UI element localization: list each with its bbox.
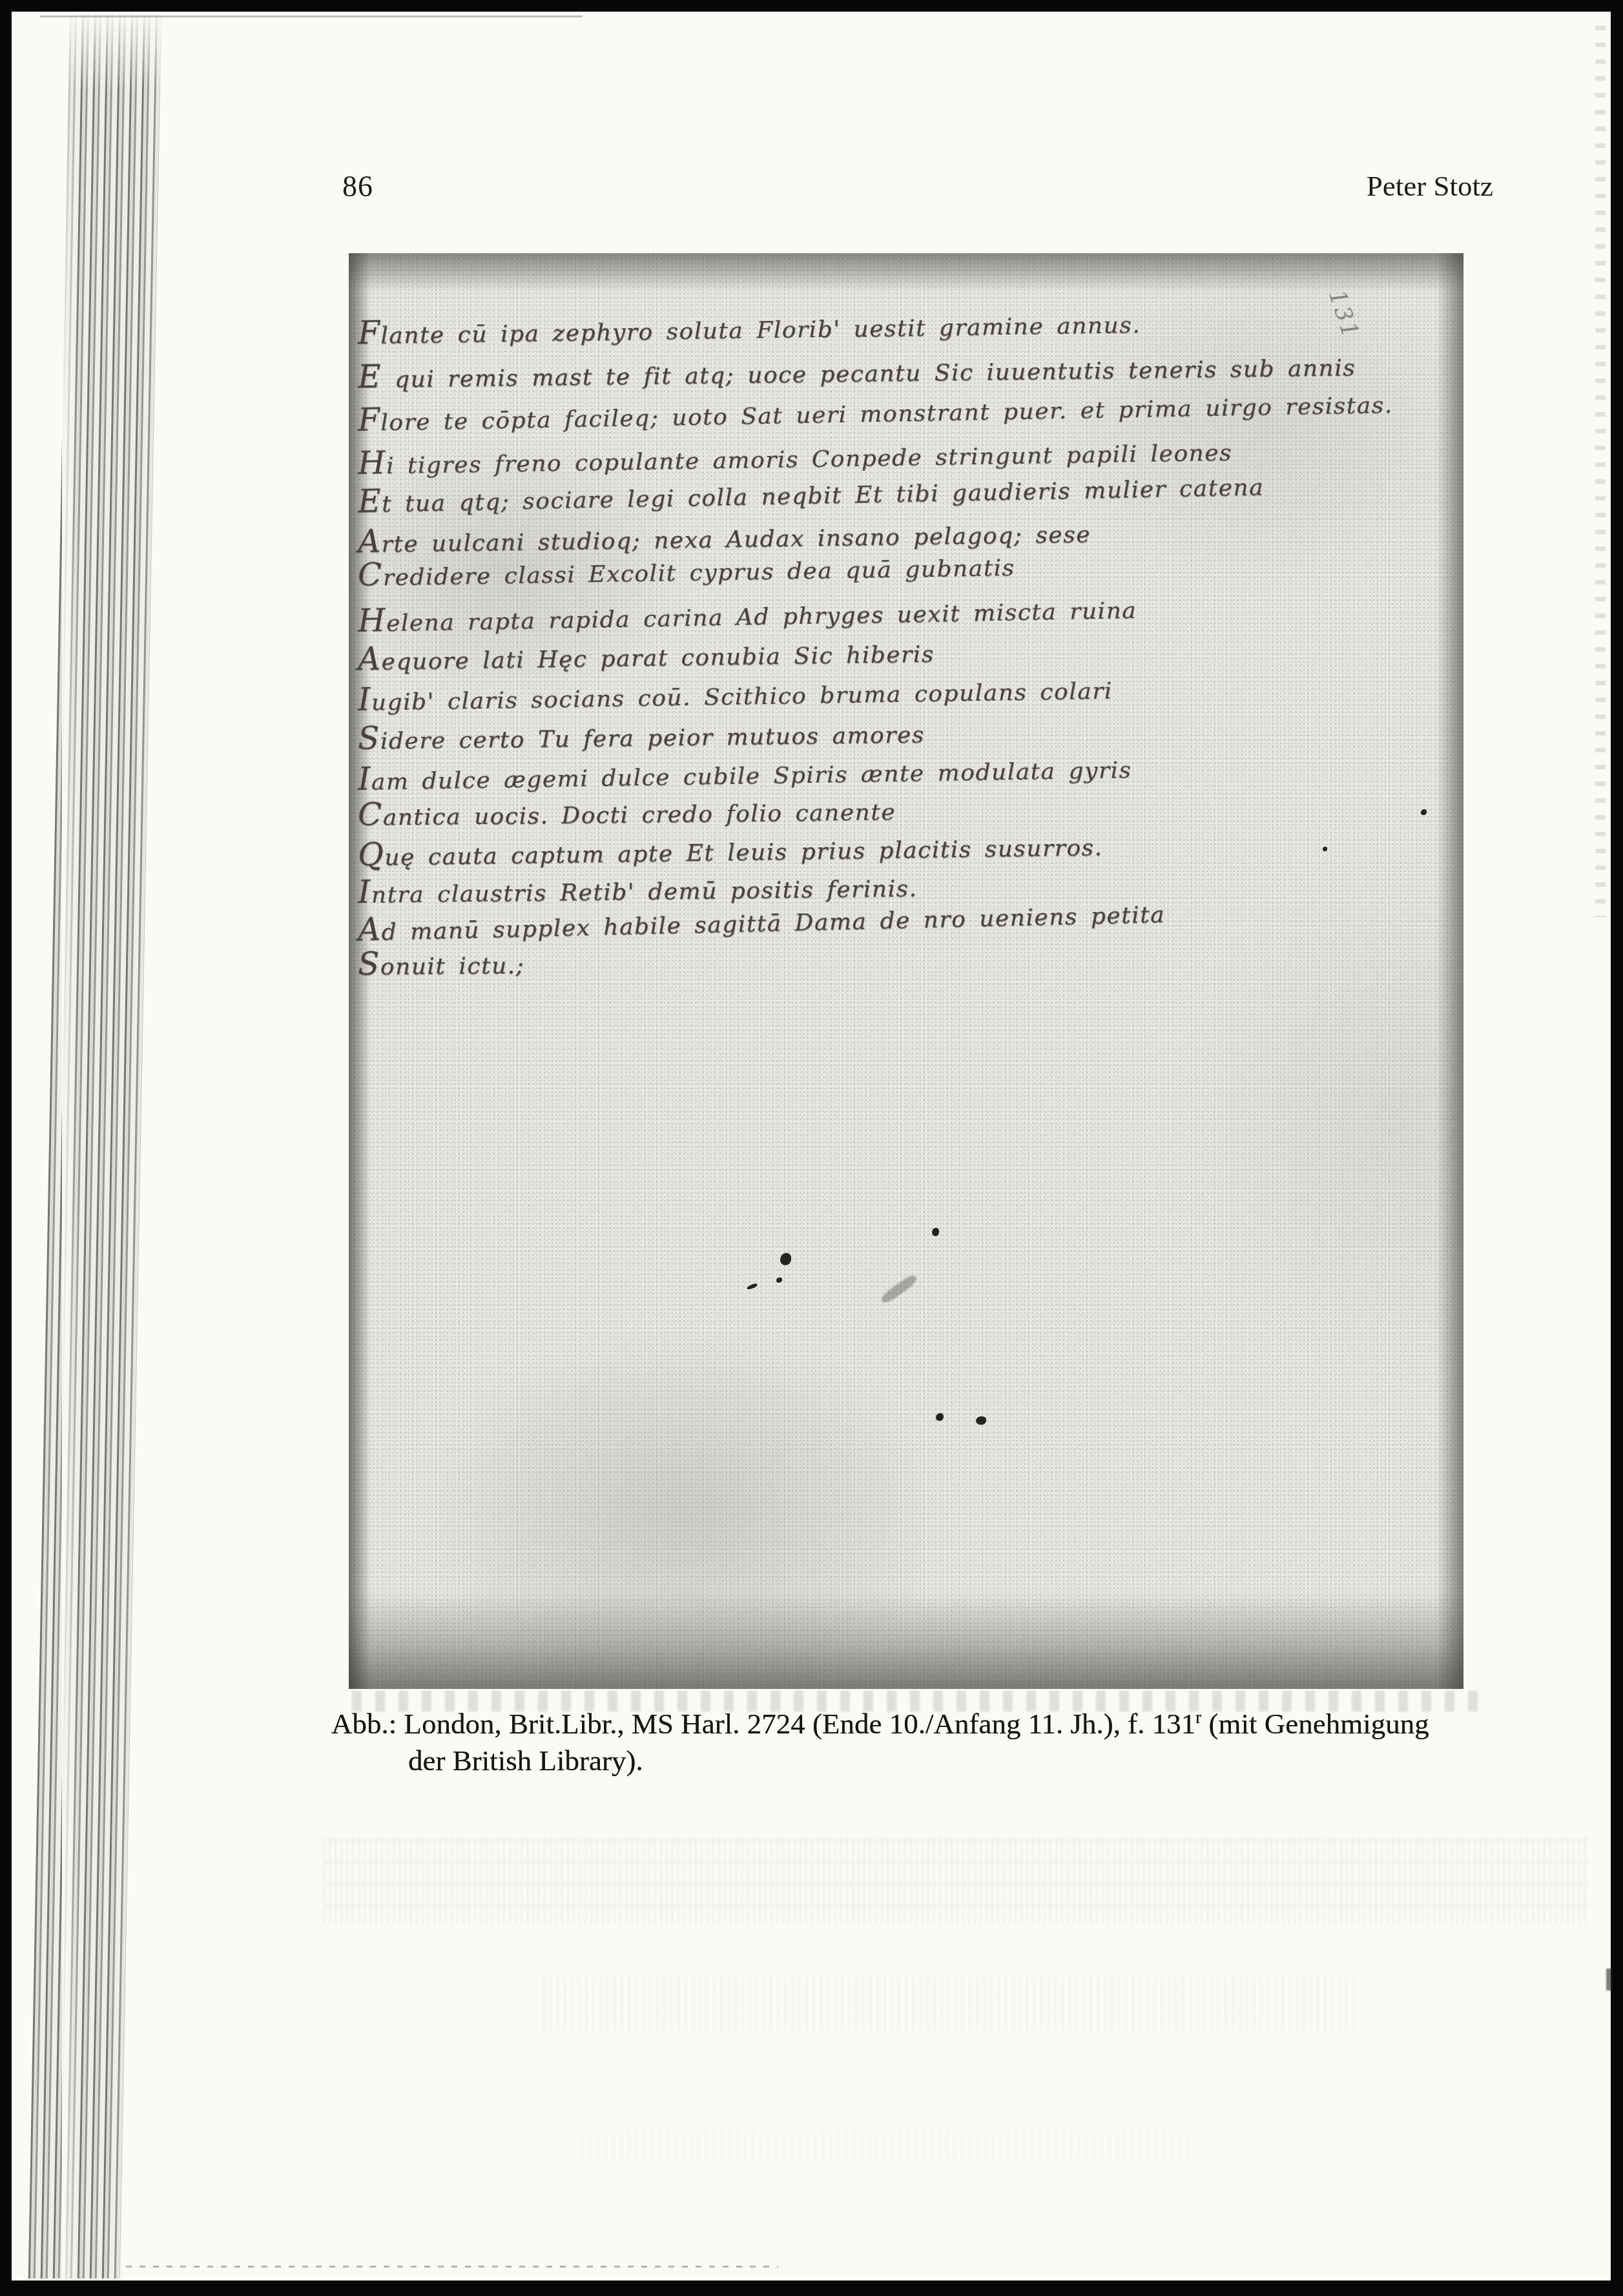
bleed-through-band bbox=[543, 1976, 1356, 2031]
ink-stain bbox=[1323, 847, 1327, 851]
manuscript-line: Flante cū ipa zephyro soluta Florib' ues… bbox=[358, 304, 1141, 351]
scan-artifact-line-top bbox=[40, 16, 583, 17]
gutter-fade-top bbox=[58, 14, 174, 92]
ink-stain bbox=[976, 1416, 986, 1425]
caption-superscript-r: r bbox=[1195, 1708, 1201, 1727]
ink-stain bbox=[780, 1253, 791, 1265]
manuscript-line: Iugib' claris socians coū. Scithico brum… bbox=[358, 670, 1113, 718]
manuscript-line: Cantica uocis. Docti credo folio canente bbox=[358, 791, 896, 833]
bleed-through-band bbox=[323, 1837, 1589, 1925]
scan-artifact-line-bottom bbox=[126, 2266, 778, 2268]
ink-stain bbox=[1421, 809, 1427, 815]
caption-line-2: der British Library). bbox=[408, 1743, 1494, 1779]
manuscript-text-block: Flante cū ipa zephyro soluta Florib' ues… bbox=[358, 253, 1459, 1689]
scan-artifact-right-blob bbox=[1606, 1969, 1612, 1991]
scan-artifact-right-edge bbox=[1595, 26, 1606, 917]
ink-stain bbox=[932, 1228, 939, 1236]
manuscript-line: Sonuit ictu.; bbox=[358, 945, 525, 982]
manuscript-line: Quę cauta captum apte Et leuis prius pla… bbox=[358, 827, 1103, 873]
running-head: Peter Stotz bbox=[1367, 169, 1493, 203]
bleed-through-band bbox=[581, 2131, 1195, 2160]
scanned-page: 86 Peter Stotz Flante cū ipa zephyro sol… bbox=[0, 0, 1623, 2296]
gutter-fade-left bbox=[62, 14, 79, 2279]
manuscript-photo: Flante cū ipa zephyro soluta Florib' ues… bbox=[349, 253, 1463, 1689]
manuscript-line: Helena rapta rapida carina Ad phryges ue… bbox=[358, 590, 1137, 639]
caption-line-1: Abb.: London, Brit.Libr., MS Harl. 2724 … bbox=[331, 1708, 1429, 1740]
ink-stain bbox=[776, 1277, 782, 1283]
figure-caption: Abb.: London, Brit.Libr., MS Harl. 2724 … bbox=[331, 1706, 1494, 1779]
ink-stain bbox=[936, 1413, 944, 1421]
manuscript-line: Sidere certo Tu fera peior mutuos amores bbox=[358, 714, 925, 757]
page-number: 86 bbox=[342, 169, 373, 203]
manuscript-line: Aequore lati Hęc parat conubia Sic hiber… bbox=[358, 634, 935, 677]
manuscript-line: Iam dulce ægemi dulce cubile Spiris ænte… bbox=[358, 749, 1132, 798]
